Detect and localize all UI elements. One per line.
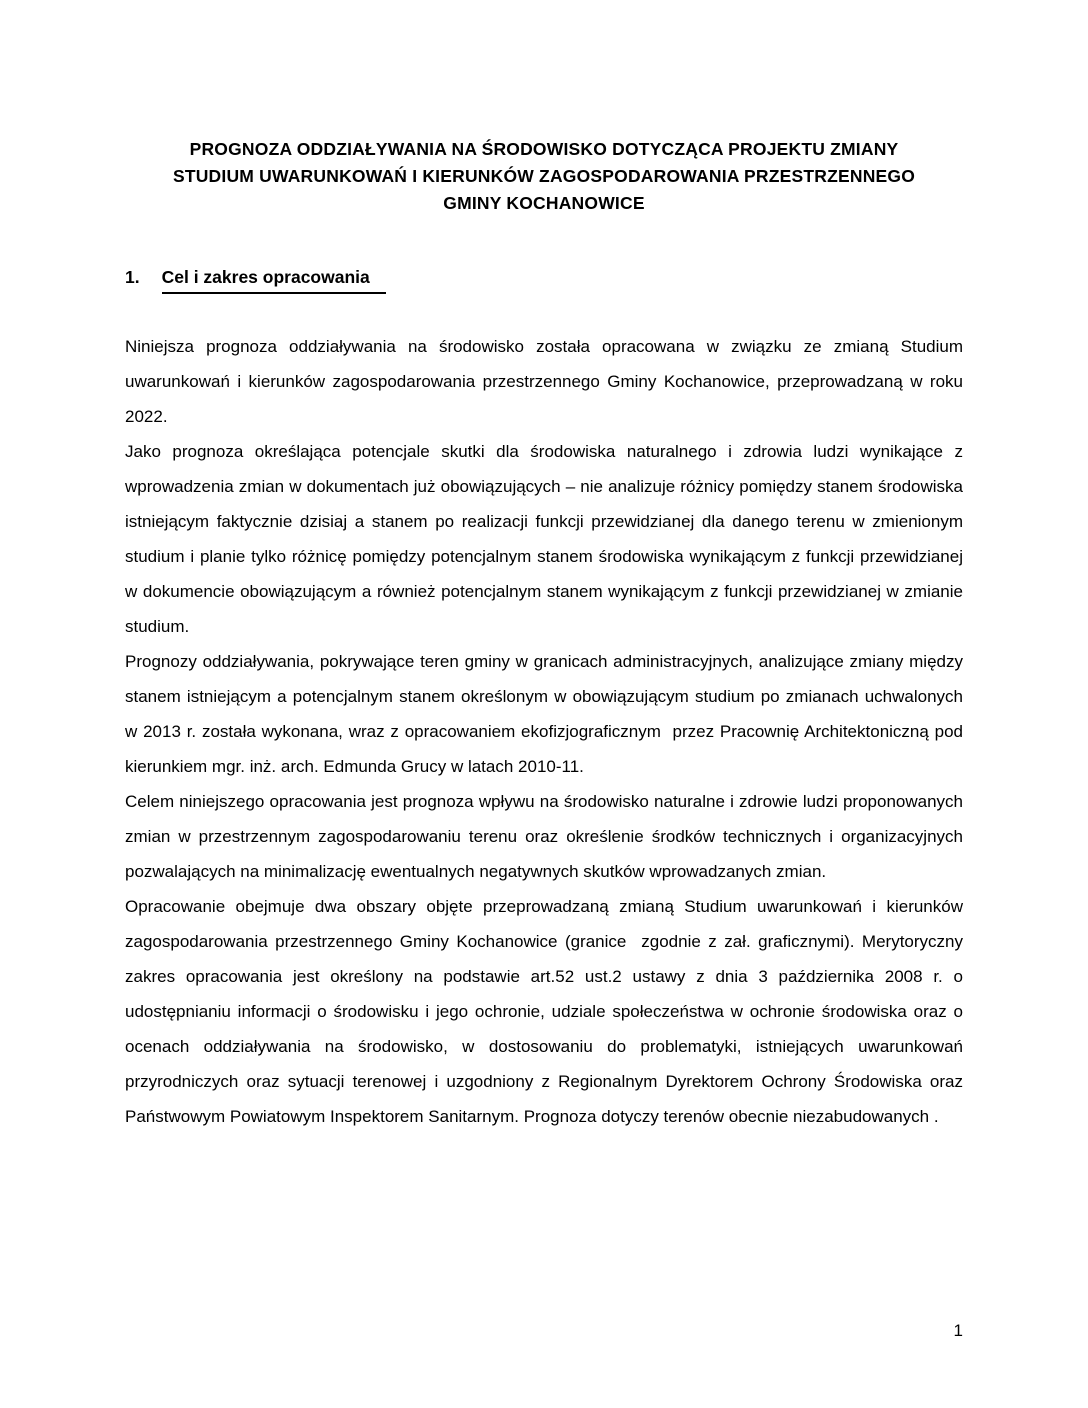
paragraph: Celem niniejszego opracowania jest progn… xyxy=(125,784,963,889)
paragraph: Jako prognoza określająca potencjale sku… xyxy=(125,434,963,644)
section-title: Cel i zakres opracowania xyxy=(162,264,386,294)
paragraph: Opracowanie obejmuje dwa obszary objęte … xyxy=(125,889,963,1134)
section-heading: 1.Cel i zakres opracowania xyxy=(125,264,386,294)
document-page: PROGNOZA ODDZIAŁYWANIA NA ŚRODOWISKO DOT… xyxy=(0,0,1088,1408)
paragraph: Prognozy oddziaływania, pokrywające tere… xyxy=(125,644,963,784)
section-number: 1. xyxy=(125,264,140,291)
document-title: PROGNOZA ODDZIAŁYWANIA NA ŚRODOWISKO DOT… xyxy=(125,136,963,217)
page-number: 1 xyxy=(125,1321,963,1341)
paragraph: Niniejsza prognoza oddziaływania na środ… xyxy=(125,329,963,434)
body-paragraphs: Niniejsza prognoza oddziaływania na środ… xyxy=(125,329,963,1134)
